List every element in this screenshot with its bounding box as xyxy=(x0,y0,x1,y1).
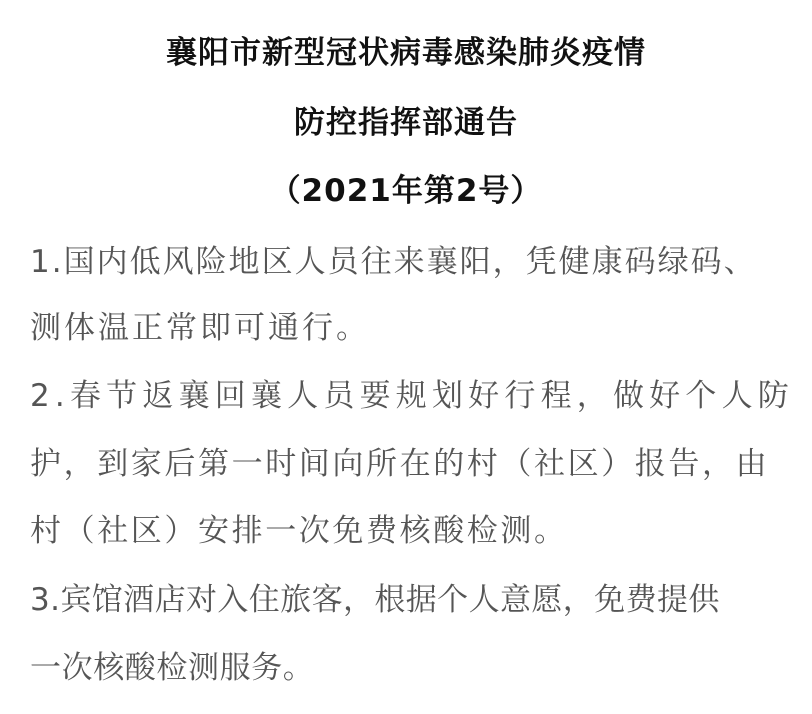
body-line-item1-b: 测体温正常即可通行。 xyxy=(30,308,800,348)
title-line-1: 襄阳市新型冠状病毒感染肺炎疫情 xyxy=(0,33,812,73)
title-issue-number: （2021年第2号） xyxy=(0,171,812,211)
announcement-document: 襄阳市新型冠状病毒感染肺炎疫情 防控指挥部通告 （2021年第2号） 1.国内低… xyxy=(0,0,812,714)
body-line-item2-a: 2.春节返襄回襄人员要规划好行程，做好个人防 xyxy=(30,376,800,416)
title-line-2: 防控指挥部通告 xyxy=(0,103,812,143)
body-line-item2-b: 护，到家后第一时间向所在的村（社区）报告，由 xyxy=(30,444,800,484)
body-line-item1-a: 1.国内低风险地区人员往来襄阳，凭健康码绿码、 xyxy=(30,242,800,282)
body-line-item3-a: 3.宾馆酒店对入住旅客，根据个人意愿，免费提供 xyxy=(30,580,800,620)
body-line-item2-c: 村（社区）安排一次免费核酸检测。 xyxy=(30,511,800,551)
body-line-item3-b: 一次核酸检测服务。 xyxy=(30,648,800,688)
